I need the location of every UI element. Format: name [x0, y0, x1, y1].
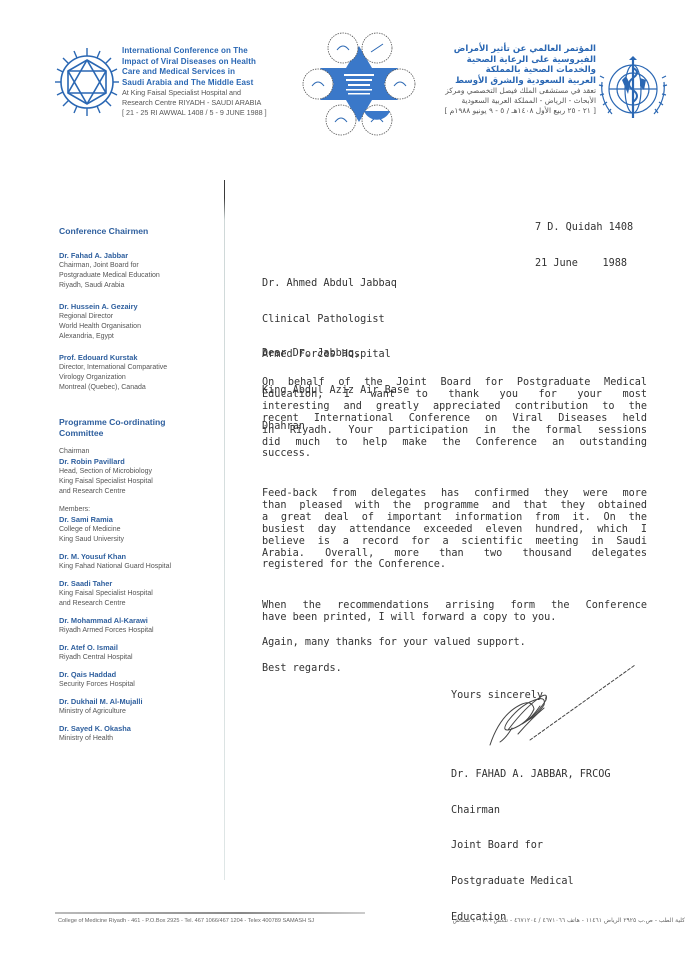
member-entry: Dr. Qais Haddad Security Forces Hospital [59, 670, 224, 690]
title-line: الفيروسية على الرعاية الصحية [424, 55, 596, 66]
chairman-entry: Dr. Hussein A. Gezairy Regional Director… [59, 302, 224, 342]
subtitle-line: [ 21 - 25 RI AWWAL 1408 / 5 - 9 JUNE 198… [122, 108, 297, 118]
text-line: believe is a record for a scientific mee… [262, 536, 647, 548]
person-name: Prof. Edouard Kurstak [59, 353, 224, 363]
person-name: Dr. Mohammad Al-Karawi [59, 616, 224, 626]
text-line: registered for the Conference. [262, 559, 647, 571]
person-name: Dr. Fahad A. Jabbar [59, 251, 224, 261]
salutation: Dear Dr. Jabbaq, [262, 348, 652, 360]
title-line: والخدمات الصحية بالمملكة [424, 65, 596, 76]
committee-heading: Programme Co-ordinating Committee [59, 417, 224, 439]
conference-title-english: International Conference on The Impact o… [122, 46, 297, 118]
text-line: Feed-back from delegates has confirmed t… [262, 488, 647, 500]
person-name: Dr. Dukhail M. Al-Mujalli [59, 697, 224, 707]
sidebar-divider [224, 180, 225, 880]
person-detail: Montreal (Quebec), Canada [59, 383, 224, 393]
conference-title-arabic: المؤتمر العالمي عن تأثير الأمراض الفيروس… [424, 44, 596, 116]
committee-heading-line: Committee [59, 428, 224, 439]
address-line: Dr. Ahmed Abdul Jabbaq [262, 278, 652, 290]
person-detail: Director, International Comparative [59, 363, 224, 373]
person-name: Dr. Sami Ramia [59, 515, 224, 525]
person-detail: Head, Section of Microbiology [59, 467, 224, 477]
member-entry: Dr. Sami Ramia College of Medicine King … [59, 515, 224, 545]
person-detail: King Saud University [59, 535, 224, 545]
signatory-title: Chairman [451, 805, 700, 817]
person-detail: and Research Centre [59, 487, 224, 497]
person-name: Dr. M. Yousuf Khan [59, 552, 224, 562]
chairman-label: Chairman [59, 447, 224, 457]
chairman-entry: Prof. Edouard Kurstak Director, Internat… [59, 353, 224, 393]
title-line: Saudi Arabia and The Middle East [122, 78, 297, 89]
signatory-name: Dr. FAHAD A. JABBAR, FRCOG [451, 769, 700, 781]
paragraph-recommendations: When the recommendations arrising form t… [262, 600, 647, 624]
person-detail: Postgraduate Medical Education [59, 271, 224, 281]
title-line: International Conference on The [122, 46, 297, 57]
text-line: a great deal of important information fr… [262, 512, 647, 524]
date-hijri: 7 D. Quidah 1408 [535, 222, 633, 234]
text-line: interesting and greatly appreciated cont… [262, 401, 647, 413]
text-line: than pleased with the programme and that… [262, 500, 647, 512]
signatory-org: Postgraduate Medical [451, 876, 700, 888]
person-detail: Ministry of Health [59, 734, 224, 744]
text-line: On behalf of the Joint Board for Postgra… [262, 377, 647, 389]
person-name: Dr. Qais Haddad [59, 670, 224, 680]
person-detail: Virology Organization [59, 373, 224, 383]
person-name: Dr. Sayed K. Okasha [59, 724, 224, 734]
text-line: busiest day attendance exceeded eleven h… [262, 524, 647, 536]
person-detail: Riyadh, Saudi Arabia [59, 281, 224, 291]
paragraph-thanks-again: Again, many thanks for your valued suppo… [262, 637, 647, 649]
person-name: Dr. Saadi Taher [59, 579, 224, 589]
chairmen-heading: Conference Chairmen [59, 226, 224, 237]
conference-seals-emblem [300, 28, 418, 140]
title-line: Care and Medical Services in [122, 67, 297, 78]
text-line: Arabia. Overall, more than two thousand … [262, 548, 647, 560]
paragraph-thanks: On behalf of the Joint Board for Postgra… [262, 377, 647, 460]
text-line: have been printed, I will forward a copy… [262, 612, 647, 624]
committee-chairman-entry: Dr. Robin Pavillard Head, Section of Mic… [59, 457, 224, 497]
person-name: Dr. Hussein A. Gezairy [59, 302, 224, 312]
footer-address-english: College of Medicine Riyadh - 461 - P.O.B… [58, 918, 314, 924]
member-entry: Dr. M. Yousuf Khan King Fahad National G… [59, 552, 224, 572]
person-detail: Riyadh Central Hospital [59, 653, 224, 663]
handwritten-signature [470, 660, 640, 750]
subtitle-line: [ ٢١ - ٢٥ ربيع الأول ١٤٠٨هـ / ٥ - ٩ يوني… [424, 106, 596, 116]
person-detail: King Faisal Specialist Hospital [59, 477, 224, 487]
subtitle-line: At King Faisal Specialist Hospital and [122, 88, 297, 98]
person-detail: King Fahad National Guard Hospital [59, 562, 224, 572]
person-name: Dr. Robin Pavillard [59, 457, 224, 467]
text-line: Again, many thanks for your valued suppo… [262, 637, 647, 649]
virus-icosahedron-logo [55, 40, 119, 124]
text-line: did much to help make the Conference an … [262, 437, 647, 449]
person-detail: Regional Director [59, 312, 224, 322]
text-line: recent International Conference on Viral… [262, 413, 647, 425]
committee-heading-line: Programme Co-ordinating [59, 417, 224, 428]
title-line: Impact of Viral Diseases on Health [122, 57, 297, 68]
person-detail: Alexandria, Egypt [59, 332, 224, 342]
text-line: Education, I want to thank you for your … [262, 389, 647, 401]
person-detail: King Faisal Specialist Hospital [59, 589, 224, 599]
members-label: Members: [59, 505, 224, 515]
person-detail: and Research Centre [59, 599, 224, 609]
signatory-block: Dr. FAHAD A. JABBAR, FRCOG Chairman Join… [451, 745, 700, 936]
footer-divider [55, 912, 365, 914]
footer-address-arabic: كلية الطب - ص.ب ٢٩٢٥ الرياض ١١٤٦١ - هاتف… [370, 917, 685, 924]
person-detail: Ministry of Agriculture [59, 707, 224, 717]
member-entry: Dr. Mohammad Al-Karawi Riyadh Armed Forc… [59, 616, 224, 636]
person-detail: World Health Organisation [59, 322, 224, 332]
sidebar-committee-list: Conference Chairmen Dr. Fahad A. Jabbar … [59, 226, 224, 744]
signatory-org: Joint Board for [451, 840, 700, 852]
title-line: العربية السعودية والشرق الأوسط [424, 76, 596, 87]
text-line: When the recommendations arrising form t… [262, 600, 647, 612]
member-entry: Dr. Dukhail M. Al-Mujalli Ministry of Ag… [59, 697, 224, 717]
subtitle-line: Research Centre RIYADH - SAUDI ARABIA [122, 98, 297, 108]
who-emblem [596, 52, 670, 126]
address-line: Clinical Pathologist [262, 314, 652, 326]
person-name: Dr. Atef O. Ismail [59, 643, 224, 653]
paragraph-feedback: Feed-back from delegates has confirmed t… [262, 488, 647, 571]
person-detail: College of Medicine [59, 525, 224, 535]
member-entry: Dr. Atef O. Ismail Riyadh Central Hospit… [59, 643, 224, 663]
person-detail: Riyadh Armed Forces Hospital [59, 626, 224, 636]
text-line: success. [262, 448, 647, 460]
subtitle-line: الأبحاث - الرياض - المملكة العربية السعو… [424, 96, 596, 106]
title-line: المؤتمر العالمي عن تأثير الأمراض [424, 44, 596, 55]
person-detail: Security Forces Hospital [59, 680, 224, 690]
member-entry: Dr. Sayed K. Okasha Ministry of Health [59, 724, 224, 744]
text-line: in Riyadh. Your participation in the for… [262, 425, 647, 437]
subtitle-line: تعقد في مستشفى الملك فيصل التخصصي ومركز [424, 86, 596, 96]
chairman-entry: Dr. Fahad A. Jabbar Chairman, Joint Boar… [59, 251, 224, 291]
member-entry: Dr. Saadi Taher King Faisal Specialist H… [59, 579, 224, 609]
person-detail: Chairman, Joint Board for [59, 261, 224, 271]
